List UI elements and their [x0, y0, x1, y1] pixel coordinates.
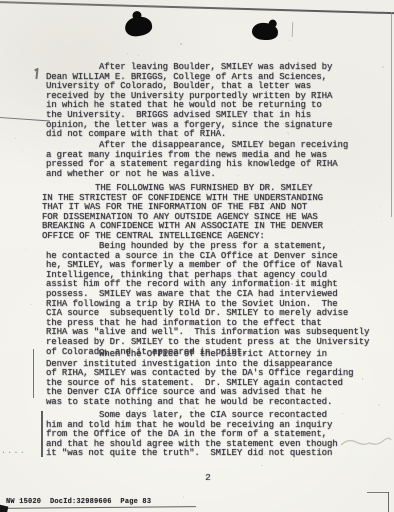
- speck: [258, 118, 259, 119]
- paragraph: Being hounded by the press for a stateme…: [46, 242, 369, 357]
- page-number: 2: [0, 472, 394, 483]
- speck: [15, 138, 16, 139]
- paragraph: THE FOLLOWING WAS FURNISHED BY DR. SMILE…: [42, 184, 323, 242]
- paragraph: When the Office of the District Attorney…: [46, 350, 353, 408]
- speck: [152, 227, 153, 228]
- speck: [288, 134, 289, 135]
- speck: [362, 378, 364, 380]
- speck: [138, 326, 139, 327]
- scan-right-edge-line: [391, 12, 392, 217]
- speck: [127, 53, 128, 54]
- speck: [113, 269, 114, 270]
- speck: [193, 407, 195, 409]
- scanned-document-page: .... After leaving Boulder, SMILEY was a…: [0, 0, 394, 512]
- speck: [30, 304, 32, 306]
- faint-scribble: [340, 435, 392, 453]
- speck: [249, 447, 250, 448]
- text-line: and whether or not he was alive.: [46, 170, 348, 180]
- release-footer: NW 15020 DocId:32989606 Page 83: [6, 498, 151, 506]
- speck: [302, 317, 304, 319]
- speck: [180, 375, 181, 376]
- speck: [353, 230, 354, 231]
- pencil-mark: [292, 22, 294, 37]
- margin-tick-mark: [35, 68, 38, 79]
- speck: [152, 200, 153, 201]
- speck: [275, 95, 277, 97]
- scan-top-edge-line: [0, 1, 394, 14]
- speck: [264, 453, 265, 454]
- speck: [261, 465, 263, 466]
- text-line: it "was not quite the truth". SMILEY did…: [46, 449, 338, 459]
- speck: [342, 413, 343, 414]
- speck: [9, 505, 10, 506]
- speck: [382, 66, 384, 68]
- speck: [41, 500, 42, 501]
- speck: [381, 220, 383, 222]
- speck: [380, 206, 381, 208]
- ink-blob-icon: [124, 15, 153, 38]
- speck: [289, 40, 290, 42]
- speck: [225, 230, 226, 232]
- paragraph: Some days later, the CIA source recontac…: [46, 411, 338, 459]
- paragraph: After the disappearance, SMILEY began re…: [46, 141, 348, 179]
- speck: [189, 330, 190, 331]
- speck: [275, 386, 276, 387]
- speck: [47, 307, 48, 308]
- speck: [183, 496, 184, 498]
- speck: [22, 150, 23, 151]
- speck: [201, 269, 202, 270]
- speck: [25, 249, 26, 251]
- text-line: did not compare with that of RIHA.: [46, 130, 332, 140]
- scan-corner-mark-horizontal: [367, 492, 389, 493]
- speck: [138, 273, 139, 274]
- margin-dots: ....: [1, 447, 26, 456]
- text-line: was to state nothing and that he would b…: [46, 398, 353, 408]
- speck: [182, 240, 183, 241]
- speck: [85, 171, 87, 172]
- speck: [138, 55, 139, 56]
- speck: [115, 209, 116, 210]
- margin-emphasis-line: [33, 349, 34, 398]
- paragraph: After leaving Boulder, SMILEY was advise…: [46, 63, 332, 140]
- margin-pen-line: [0, 117, 50, 122]
- speck: [378, 404, 380, 406]
- speck: [250, 193, 251, 194]
- footer-underline: [0, 506, 196, 509]
- speck: [180, 43, 182, 45]
- speck: [238, 175, 239, 176]
- margin-emphasis-line: [41, 411, 43, 457]
- speck: [253, 194, 254, 195]
- speck: [387, 277, 388, 278]
- speck: [332, 430, 333, 431]
- speck: [147, 156, 149, 158]
- scan-corner-mark-vertical: [388, 492, 389, 512]
- speck: [367, 9, 368, 10]
- speck: [62, 231, 63, 232]
- ink-blob-icon: [251, 22, 278, 41]
